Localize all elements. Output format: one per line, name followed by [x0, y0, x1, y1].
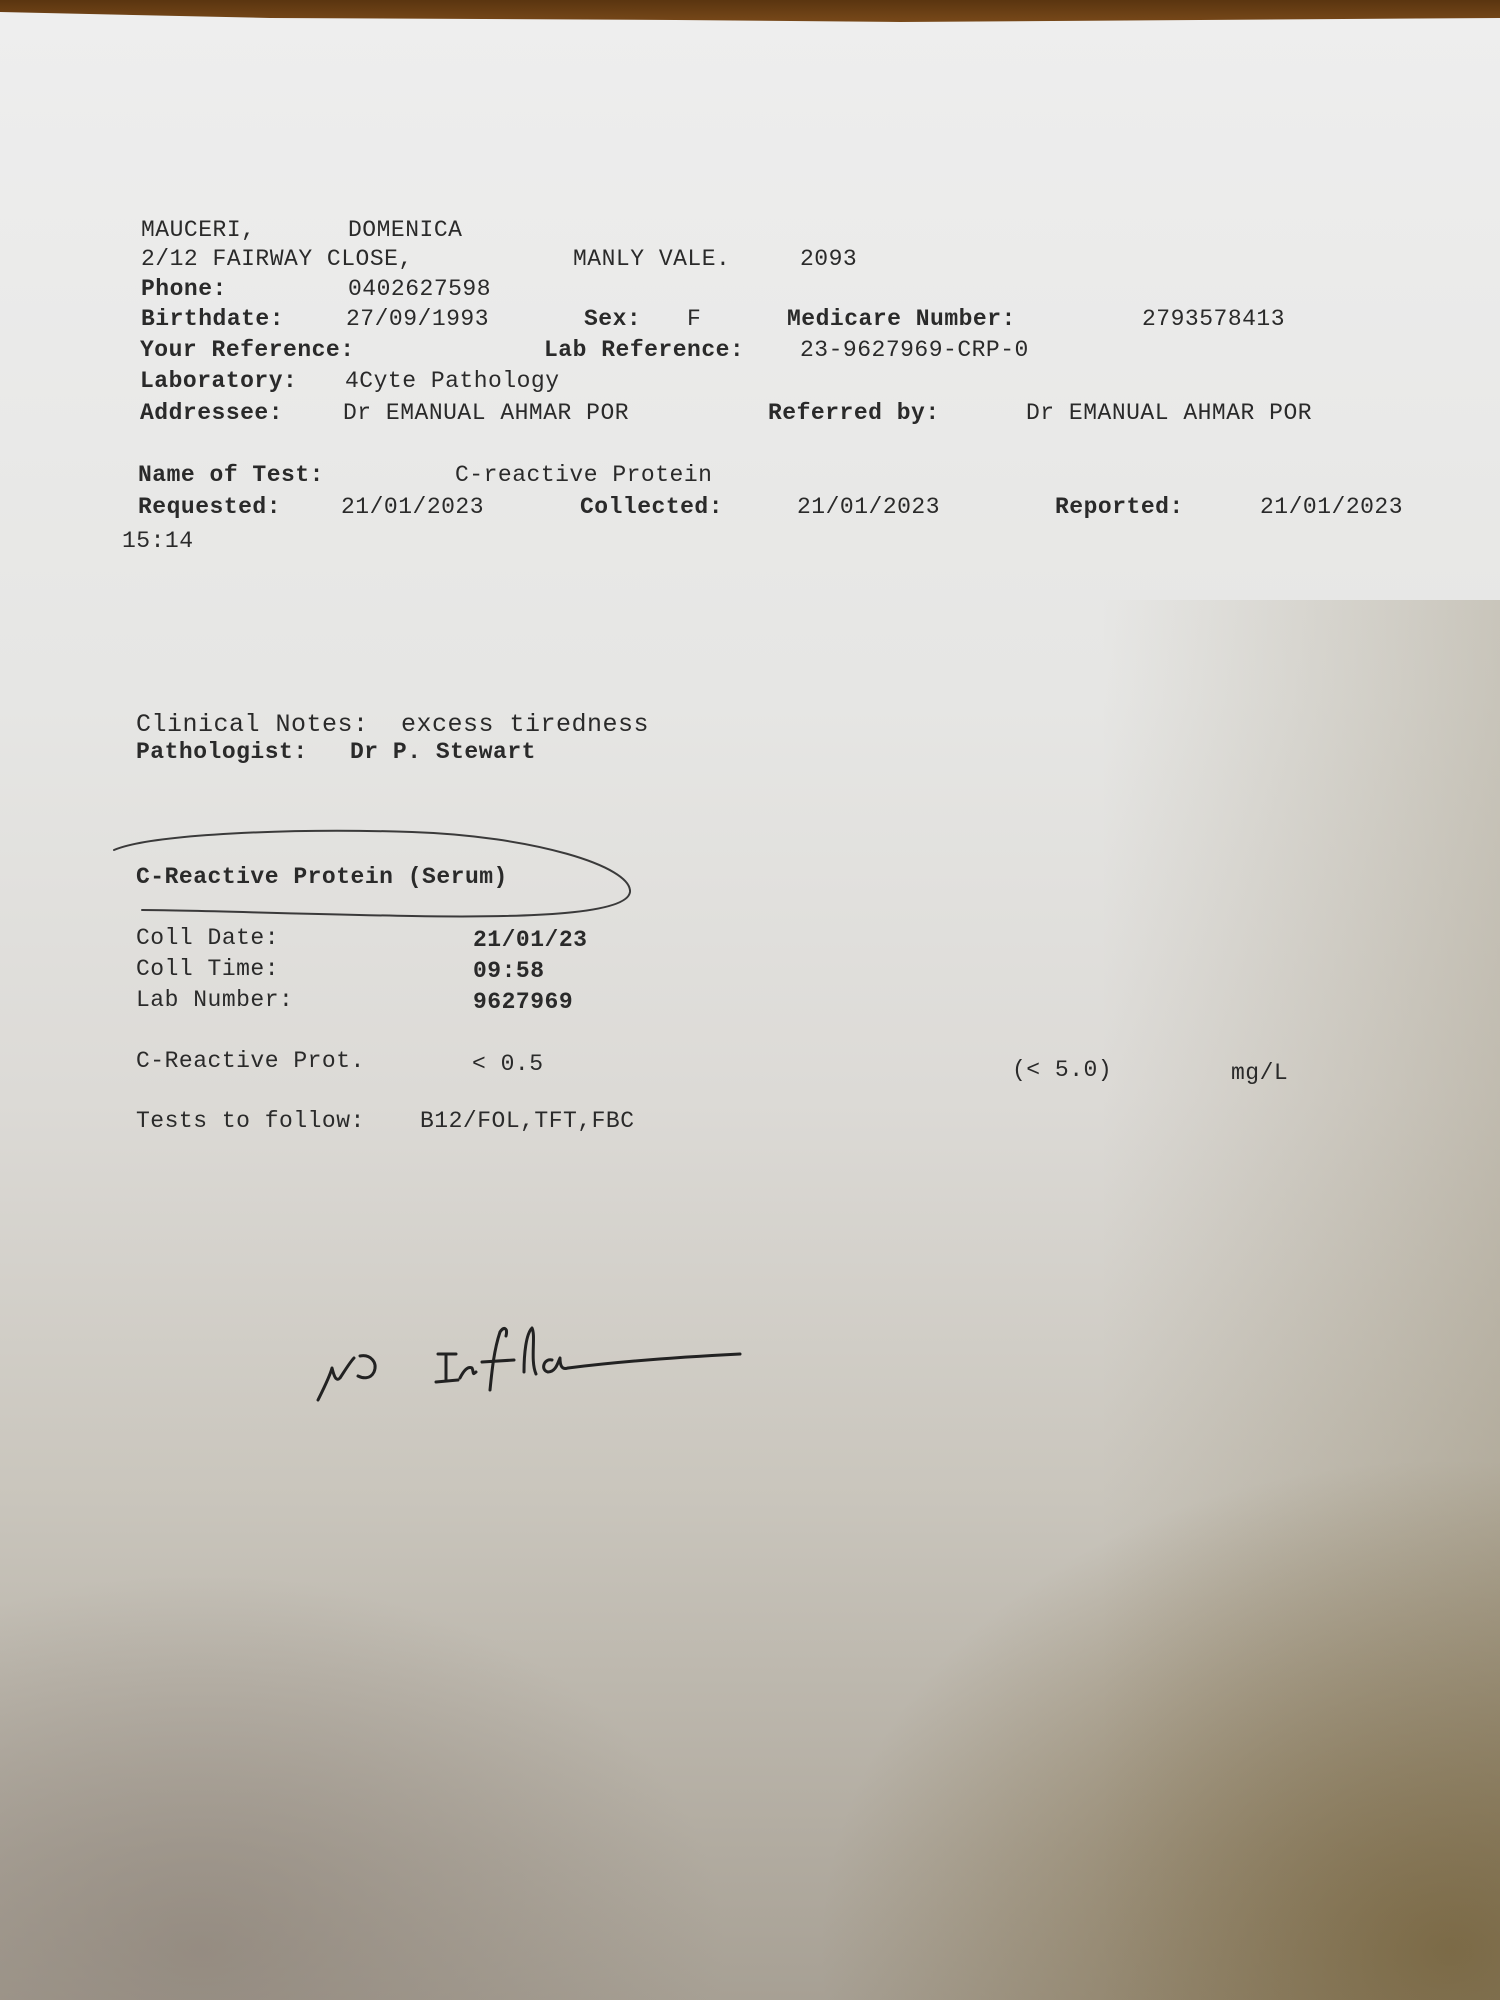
- lab-reference-value: 23-9627969-CRP-0: [800, 339, 1029, 362]
- reported-label: Reported:: [1055, 496, 1184, 519]
- collected-label: Collected:: [580, 496, 723, 519]
- referred-by-value: Dr EMANUAL AHMAR POR: [1026, 402, 1312, 425]
- tests-to-follow-value: B12/FOL,TFT,FBC: [420, 1110, 635, 1133]
- patient-given-name: DOMENICA: [348, 219, 462, 242]
- clinical-notes-label: Clinical Notes:: [136, 712, 369, 737]
- lab-number-label: Lab Number:: [136, 989, 293, 1012]
- coll-date-value: 21/01/23: [473, 929, 587, 952]
- analyte-name: C-Reactive Prot.: [136, 1050, 365, 1073]
- referred-by-label: Referred by:: [768, 402, 940, 425]
- your-reference-label: Your Reference:: [140, 339, 355, 362]
- collected-value: 21/01/2023: [797, 496, 940, 519]
- tests-to-follow-label: Tests to follow:: [136, 1110, 365, 1133]
- handwritten-note-text: No Inflam: [320, 1325, 522, 1371]
- address-street: 2/12 FAIRWAY CLOSE,: [141, 248, 413, 271]
- laboratory-label: Laboratory:: [140, 370, 297, 393]
- medicare-value: 2793578413: [1142, 308, 1285, 331]
- test-name-value: C-reactive Protein: [455, 464, 712, 487]
- requested-label: Requested:: [138, 496, 281, 519]
- analyte-value: < 0.5: [472, 1053, 544, 1076]
- addressee-value: Dr EMANUAL AHMAR POR: [343, 402, 629, 425]
- coll-date-label: Coll Date:: [136, 927, 279, 950]
- address-postcode: 2093: [800, 248, 857, 271]
- coll-time-label: Coll Time:: [136, 958, 279, 981]
- result-units: mg/L: [1231, 1062, 1288, 1085]
- addressee-label: Addressee:: [140, 402, 283, 425]
- phone-label: Phone:: [141, 278, 227, 301]
- reported-value: 21/01/2023: [1260, 496, 1403, 519]
- laboratory-value: 4Cyte Pathology: [345, 370, 560, 393]
- sex-value: F: [687, 308, 701, 331]
- requested-value: 21/01/2023: [341, 496, 484, 519]
- pathologist-label: Pathologist:: [136, 741, 308, 764]
- reference-range: (< 5.0): [1012, 1059, 1112, 1082]
- phone-value: 0402627598: [348, 278, 491, 301]
- medicare-label: Medicare Number:: [787, 308, 1016, 331]
- lab-number-value: 9627969: [473, 991, 573, 1014]
- clinical-notes-value: excess tiredness: [401, 712, 649, 737]
- patient-surname: MAUCERI,: [141, 219, 255, 242]
- result-section-title: C-Reactive Protein (Serum): [136, 866, 508, 889]
- coll-time-value: 09:58: [473, 960, 545, 983]
- address-suburb: MANLY VALE.: [573, 248, 730, 271]
- sex-label: Sex:: [584, 308, 641, 331]
- test-name-label: Name of Test:: [138, 464, 324, 487]
- birthdate-value: 27/09/1993: [346, 308, 489, 331]
- lab-reference-label: Lab Reference:: [544, 339, 744, 362]
- pathologist-value: Dr P. Stewart: [350, 741, 536, 764]
- birthdate-label: Birthdate:: [141, 308, 284, 331]
- reported-time: 15:14: [122, 530, 194, 553]
